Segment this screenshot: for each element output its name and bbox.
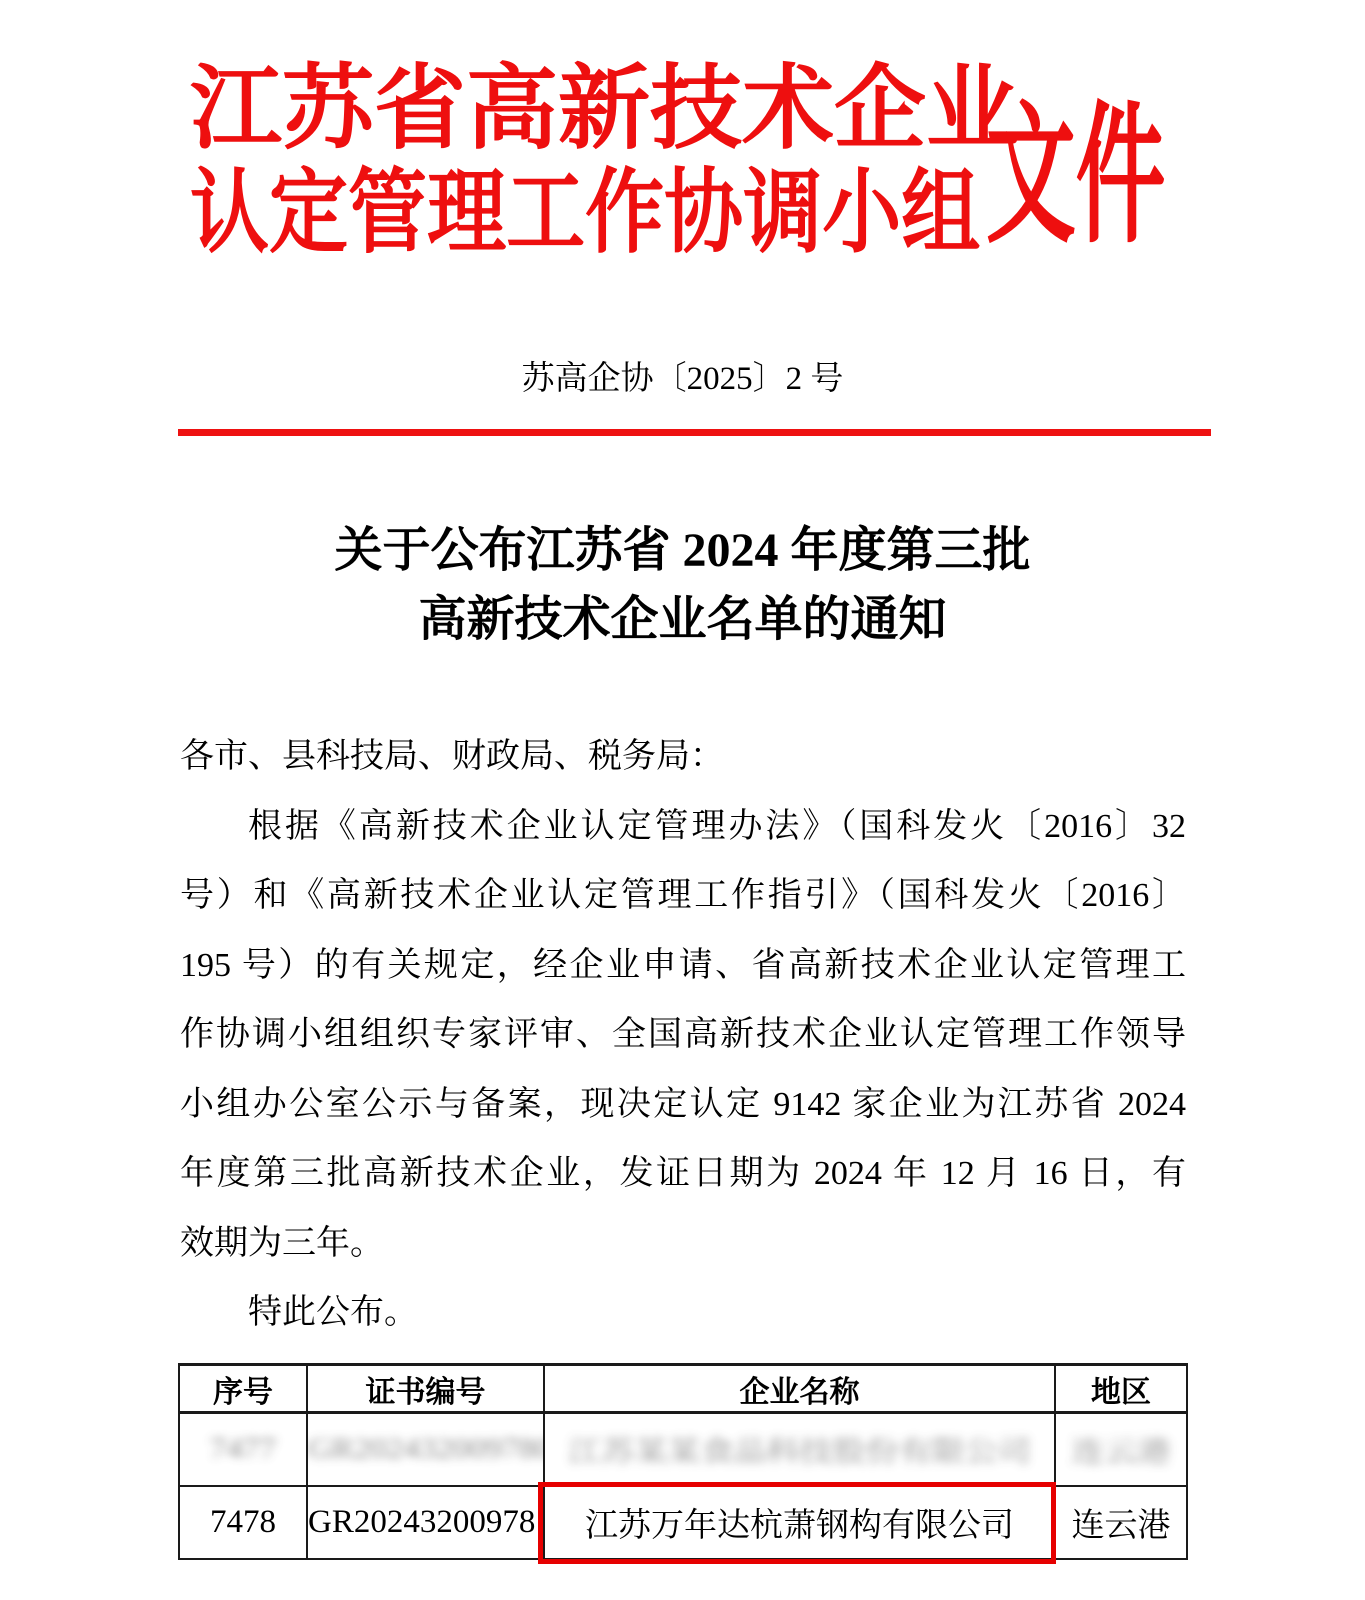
body-line: 小组办公室公示与备案，现决定认定 9142 家企业为江苏省 2024 [180, 1070, 1186, 1140]
doc-number: 苏高企协〔2025〕2 号 [0, 352, 1365, 399]
redacted-text: 江苏某某食品科技股份有限公司 [569, 1428, 1031, 1470]
official-document-page: 江苏省高新技术企业 认定管理工作协调小组 文件 苏高企协〔2025〕2 号 关于… [0, 0, 1365, 1600]
table-header-region: 地区 [1055, 1365, 1187, 1413]
table-row-redacted: 7477 GR202432009780 江苏某某食品科技股份有限公司 连云港 [179, 1413, 1187, 1487]
table-header-cert: 证书编号 [307, 1365, 544, 1413]
table-header-row: 序号 证书编号 企业名称 地区 [179, 1365, 1187, 1413]
letterhead-doc-type: 文件 [986, 98, 1165, 256]
body-line-salutation: 各市、县科技局、财政局、税务局： [180, 722, 1186, 792]
body-text: 各市、县科技局、财政局、税务局： 根据《高新技术企业认定管理办法》（国科发火〔2… [180, 722, 1186, 1348]
cell-region: 连云港 [1055, 1486, 1187, 1559]
cell-region: 连云港 [1055, 1413, 1187, 1487]
cell-name: 江苏某某食品科技股份有限公司 [544, 1413, 1055, 1487]
body-line: 年度第三批高新技术企业，发证日期为 2024 年 12 月 16 日，有 [180, 1139, 1186, 1209]
body-line: 效期为三年。 [180, 1209, 1186, 1279]
body-line: 195 号）的有关规定，经企业申请、省高新技术企业认定管理工 [180, 931, 1186, 1001]
cell-seq: 7478 [179, 1486, 307, 1559]
cell-cert: GR202432009781 [307, 1486, 544, 1559]
body-line-closing: 特此公布。 [180, 1278, 1186, 1348]
cell-cert: GR202432009780 [307, 1413, 544, 1487]
enterprise-table-wrap: 序号 证书编号 企业名称 地区 7477 GR202432009780 江苏某某… [178, 1363, 1186, 1560]
redacted-text: 连云港 [1072, 1428, 1171, 1470]
notice-title-line2: 高新技术企业名单的通知 [0, 585, 1365, 654]
table-header-name: 企业名称 [544, 1365, 1055, 1413]
table-row-highlighted: 7478 GR202432009781 江苏万年达杭萧钢构有限公司 连云港 [179, 1486, 1187, 1559]
body-line: 根据《高新技术企业认定管理办法》（国科发火〔2016〕32 [180, 792, 1186, 862]
letterhead-org-line2: 认定管理工作协调小组 [190, 163, 869, 263]
redacted-text: GR202432009780 [308, 1433, 544, 1466]
red-divider-rule [178, 429, 1211, 436]
table-header-seq: 序号 [179, 1365, 307, 1413]
enterprise-table: 序号 证书编号 企业名称 地区 7477 GR202432009780 江苏某某… [178, 1363, 1188, 1560]
body-line: 作协调小组组织专家评审、全国高新技术企业认定管理工作领导 [180, 1000, 1186, 1070]
letterhead-org-line1: 江苏省高新技术企业 [190, 56, 980, 162]
redacted-text: 7477 [210, 1433, 276, 1466]
cell-name: 江苏万年达杭萧钢构有限公司 [544, 1486, 1055, 1559]
notice-title-line1: 关于公布江苏省 2024 年度第三批 [0, 516, 1365, 585]
cell-seq: 7477 [179, 1413, 307, 1487]
notice-title: 关于公布江苏省 2024 年度第三批 高新技术企业名单的通知 [0, 516, 1365, 654]
body-line: 号）和《高新技术企业认定管理工作指引》（国科发火〔2016〕 [180, 861, 1186, 931]
